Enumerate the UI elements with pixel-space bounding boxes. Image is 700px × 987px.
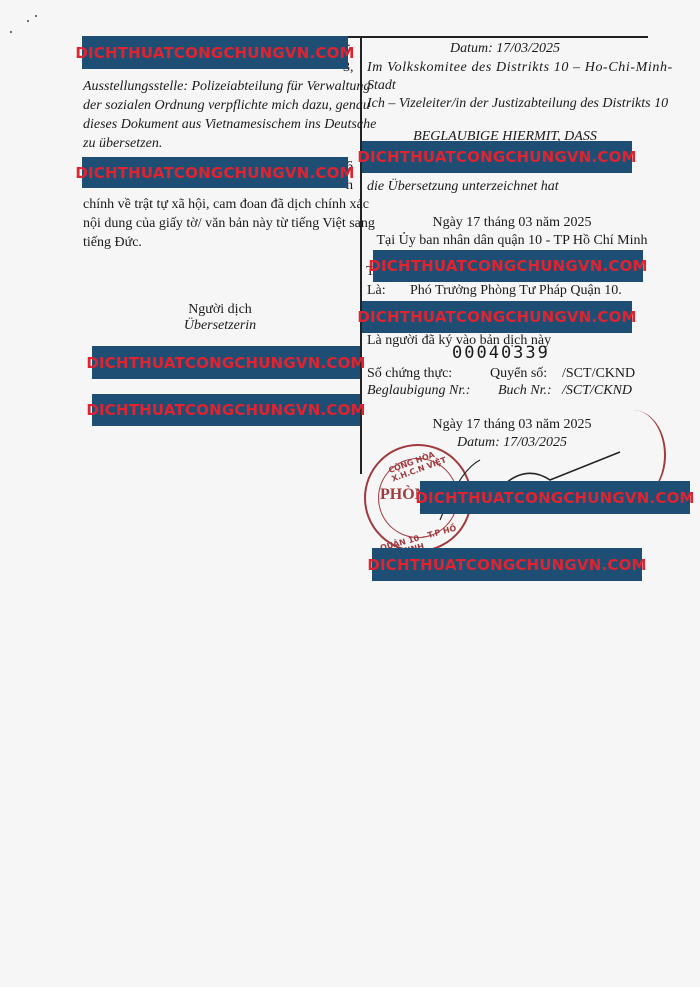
location-vn: Tại Ủy ban nhân dân quận 10 - TP Hồ Chí … bbox=[362, 231, 662, 250]
watermark-banner: DICHTHUATCONGCHUNGVN.COM bbox=[372, 548, 642, 581]
watermark-banner: DICHTHUATCONGCHUNGVN.COM bbox=[92, 346, 360, 379]
german-paragraph-line: der sozialen Ordnung verpflichte mich da… bbox=[83, 96, 370, 115]
watermark-banner: DICHTHUATCONGCHUNGVN.COM bbox=[92, 394, 360, 426]
position-title: Phó Trưởng Phòng Tư Pháp Quận 10. bbox=[410, 281, 622, 300]
watermark-banner: DICHTHUATCONGCHUNGVN.COM bbox=[420, 481, 690, 514]
vice-leader-line: Ich – Vizeleiter/in der Justizabteilung … bbox=[367, 94, 668, 113]
la-label: Là: bbox=[367, 281, 386, 300]
speck bbox=[35, 15, 37, 17]
book-no-label-de: Buch Nr.: bbox=[498, 381, 552, 400]
datum-top: Datum: 17/03/2025 bbox=[362, 39, 648, 58]
serial-number: 00040339 bbox=[452, 344, 550, 363]
committee-line1: Im Volkskomitee des Distrikts 10 – Ho-Ch… bbox=[367, 58, 673, 77]
committee-line2: Stadt bbox=[367, 76, 396, 95]
speck bbox=[10, 31, 12, 33]
speck bbox=[27, 20, 29, 22]
watermark-banner: DICHTHUATCONGCHUNGVN.COM bbox=[82, 36, 348, 69]
german-paragraph-line: dieses Dokument aus Vietnamesischem ins … bbox=[83, 115, 376, 134]
watermark-banner: DICHTHUATCONGCHUNGVN.COM bbox=[82, 157, 348, 188]
watermark-banner: DICHTHUATCONGCHUNGVN.COM bbox=[373, 250, 643, 282]
cert-no-label-de: Beglaubigung Nr.: bbox=[367, 381, 470, 400]
date-vn: Ngày 17 tháng 03 năm 2025 bbox=[362, 213, 662, 232]
translator-label-de: Übersetzerin bbox=[160, 316, 280, 335]
book-no-value-de: /SCT/CKND bbox=[562, 381, 632, 400]
german-paragraph-line: zu übersetzen. bbox=[83, 134, 162, 153]
vietnamese-paragraph-line: chính về trật tự xã hội, cam đoan đã dịc… bbox=[83, 195, 369, 214]
watermark-banner: DICHTHUATCONGCHUNGVN.COM bbox=[362, 301, 632, 333]
german-paragraph-line: Ausstellungsstelle: Polizeiabteilung für… bbox=[83, 77, 370, 96]
watermark-banner: DICHTHUATCONGCHUNGVN.COM bbox=[362, 141, 632, 173]
vietnamese-paragraph-line: tiếng Đức. bbox=[83, 233, 142, 252]
vietnamese-paragraph-line: nội dung của giấy tờ/ văn bản này từ tiế… bbox=[83, 214, 375, 233]
signed-translation: die Übersetzung unterzeichnet hat bbox=[367, 177, 559, 196]
